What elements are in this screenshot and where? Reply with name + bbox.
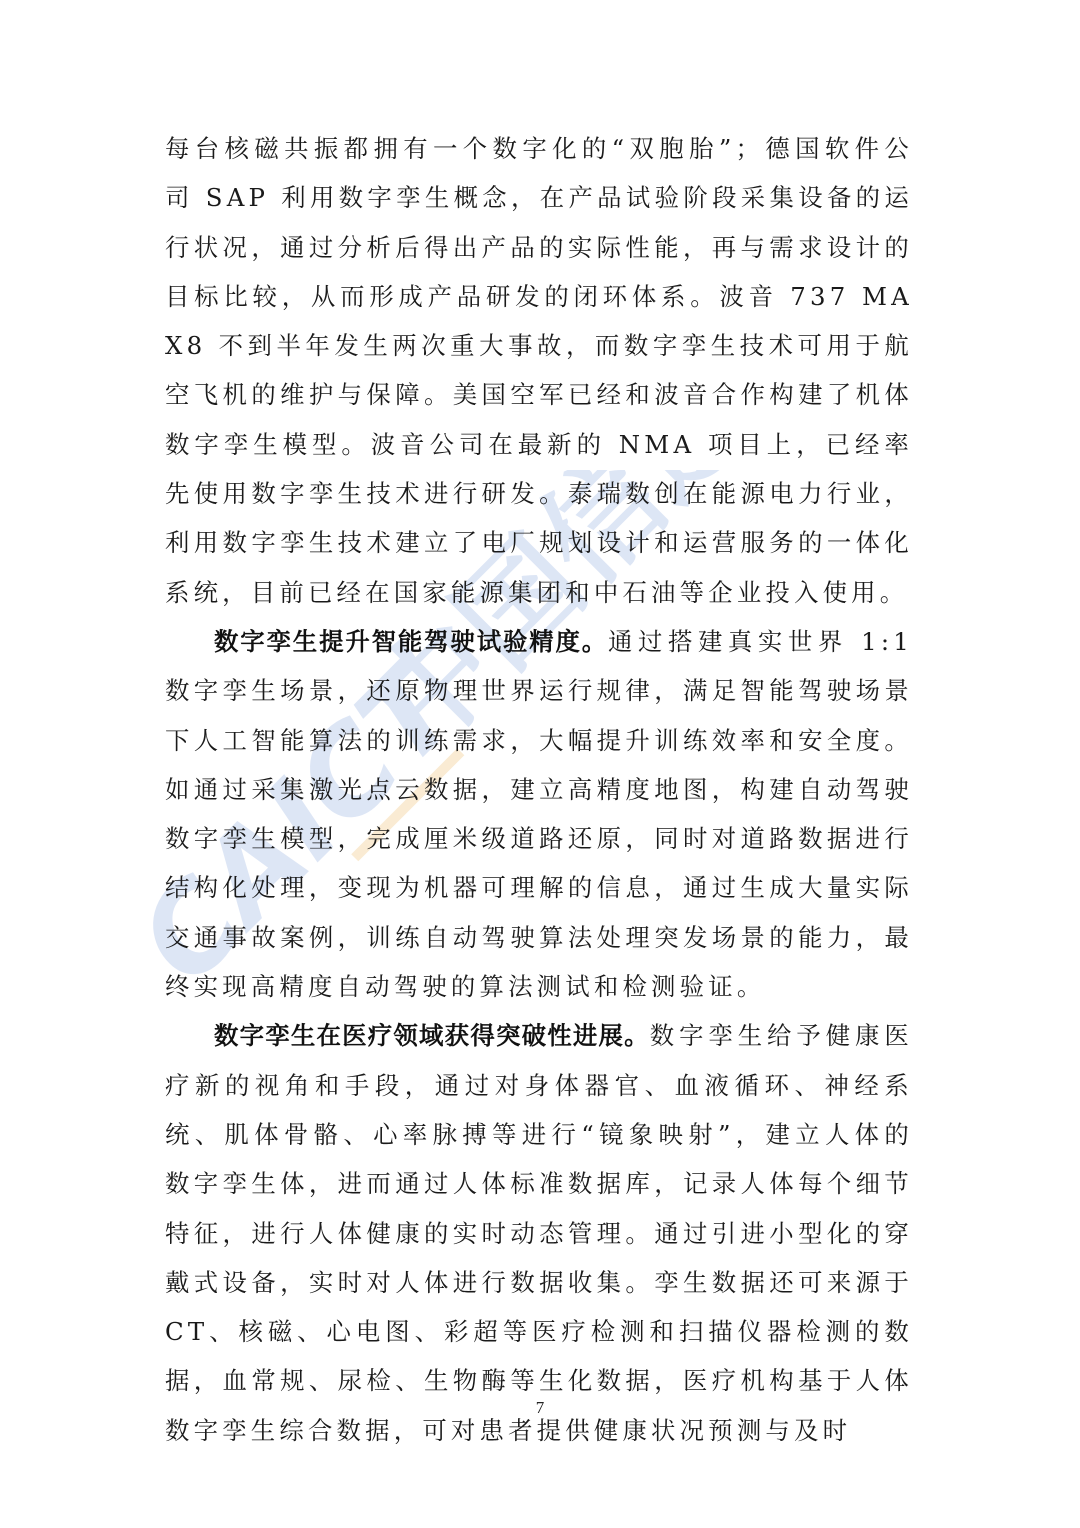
body-text: 每台核磁共振都拥有一个数字化的“双胞胎”；德国软件公司 SAP 利用数字孪生概念… xyxy=(165,124,913,1455)
paragraph-2-text: 通过搭建真实世界 1:1 数字孪生场景，还原物理世界运行规律，满足智能驾驶场景下… xyxy=(165,627,913,1001)
paragraph-3: 数字孪生在医疗领域获得突破性进展。数字孪生给予健康医疗新的视角和手段，通过对身体… xyxy=(165,1011,913,1455)
paragraph-2-heading: 数字孪生提升智能驾驶试验精度。 xyxy=(214,627,608,656)
paragraph-2: 数字孪生提升智能驾驶试验精度。通过搭建真实世界 1:1 数字孪生场景，还原物理世… xyxy=(165,617,913,1011)
paragraph-1: 每台核磁共振都拥有一个数字化的“双胞胎”；德国软件公司 SAP 利用数字孪生概念… xyxy=(165,124,913,617)
paragraph-1-text: 每台核磁共振都拥有一个数字化的“双胞胎”；德国软件公司 SAP 利用数字孪生概念… xyxy=(165,134,913,607)
paragraph-3-text: 数字孪生给予健康医疗新的视角和手段，通过对身体器官、血液循环、神经系统、肌体骨骼… xyxy=(165,1021,913,1444)
document-page: CAICT 中国信通院 每台核磁共振都拥有一个数字化的“双胞胎”；德国软件公司 … xyxy=(0,0,1080,1528)
paragraph-3-heading: 数字孪生在医疗领域获得突破性进展。 xyxy=(214,1021,650,1050)
